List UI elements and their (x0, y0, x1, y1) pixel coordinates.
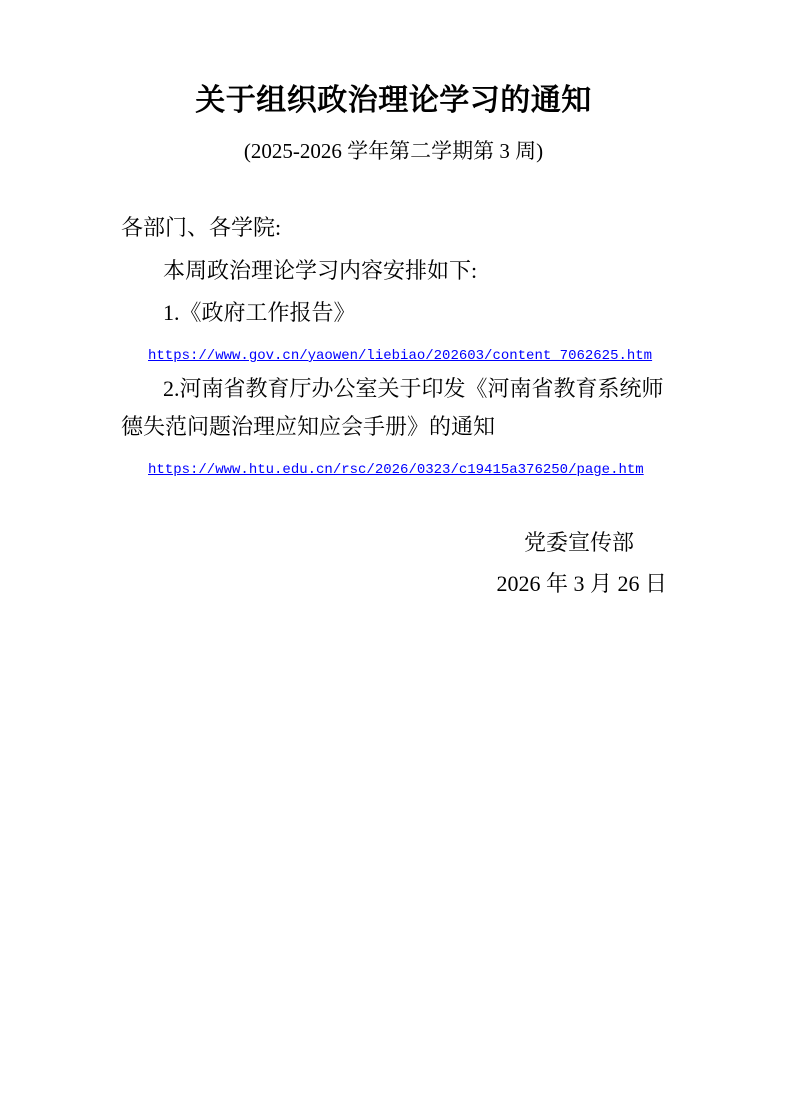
item-2-link-line: https://www.htu.edu.cn/rsc/2026/0323/c19… (121, 455, 667, 481)
item-1-label: 1.《政府工作报告》 (121, 299, 667, 327)
signature-department: 党委宣传部 (121, 529, 667, 557)
document-title: 关于组织政治理论学习的通知 (0, 0, 787, 118)
item-1-link-line: https://www.gov.cn/yaowen/liebiao/202603… (121, 341, 667, 367)
intro-line: 本周政治理论学习内容安排如下: (121, 257, 667, 285)
item-2-label: 2.河南省教育厅办公室关于印发《河南省教育系统师德失范问题治理应知应会手册》的通… (121, 370, 667, 446)
item-2-link[interactable]: https://www.htu.edu.cn/rsc/2026/0323/c19… (148, 462, 644, 478)
item-1-link[interactable]: https://www.gov.cn/yaowen/liebiao/202603… (148, 348, 652, 364)
document-page: 关于组织政治理论学习的通知 (2025-2026 学年第二学期第 3 周) 各部… (0, 0, 787, 1108)
signature-date: 2026 年 3 月 26 日 (121, 570, 667, 598)
salutation-line: 各部门、各学院: (121, 214, 667, 242)
document-body: 各部门、各学院: 本周政治理论学习内容安排如下: 1.《政府工作报告》 http… (121, 214, 667, 598)
document-subtitle: (2025-2026 学年第二学期第 3 周) (0, 138, 787, 164)
